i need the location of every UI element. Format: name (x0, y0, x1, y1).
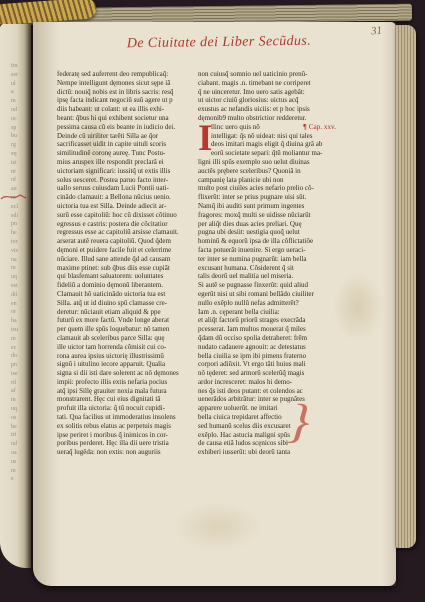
text-line: pugna ubi desiit: uestigia quoq̃ uelut (198, 228, 340, 237)
text-line: egerũt nisi ut sibi romani bellãdo ciuil… (198, 290, 340, 299)
folio-number: 31 (370, 24, 382, 37)
text-line: ardor incresceret: malos hi demo- (198, 378, 340, 387)
text-line: per quem ille spũs loquebatur: nõ tamen (57, 325, 197, 334)
text-line: cinãdo clamauit: a Bellona nũcius uenio. (57, 193, 197, 202)
column-block: ligni illi spũs exemplo suo uelut diuina… (198, 158, 340, 404)
text-line: bella ciuica trepidaret affectio (198, 413, 300, 422)
text-line: clamauit ab sceleribus parce Silla: quę (57, 334, 197, 343)
text-line: pessima causa cũ eis beante in iudicio d… (57, 123, 197, 132)
text-line: ligni illi spũs exemplo suo uelut diuina… (198, 158, 340, 167)
text-line: surũ esse capitoliũ: hoc cũ dixisset cõt… (57, 211, 197, 220)
text-line: fideliũ a dominio dęmonũ liberantem. (57, 281, 197, 290)
text-line: intelligat: q̃s nõ uideat: nisi qui tale… (211, 132, 340, 141)
text-line: profuit illa uictoria: q̃ tũ nocuit cupi… (57, 404, 197, 413)
page-stain (333, 272, 383, 342)
text-line: exhiberi iusserũt: ubi deorũ tanta (198, 448, 300, 457)
text-line: multo post ciuiles acies nefario prelio … (198, 184, 340, 193)
text-line: federatę sed auferrent deo rempublicaq̃: (57, 70, 197, 79)
red-ink-flourish: } (286, 397, 311, 446)
text-line: diis habeant: ut colant: ut ea illis exh… (57, 105, 197, 114)
text-line: campanię lata planicie ubi non (198, 176, 340, 185)
text-line: exustus ac nefandis uiciis: et p hoc ips… (198, 105, 340, 114)
text-line: et aliq̃t factorũ priorũ strages execrãd… (198, 316, 340, 325)
text-line: uictoria tua est Silla. Deinde adiecit a… (57, 202, 197, 211)
text-line: atq̃ ipsi Sillę grauiter noxia mala futu… (57, 387, 197, 396)
text-line: signũ i uitulino iecore apparuit. Qualia (57, 360, 197, 369)
text-line: non cuiusq̃ somnio uel uaticinio prenũ- (198, 70, 340, 79)
text-line: uenerãdos arbitrãtur: inter se pugnãtes (198, 395, 340, 404)
text-line: excusant humana. Cõsiderent q̃ sit (198, 264, 340, 273)
text-line: Namq̃ ibi auditi sunt primum ingentes (198, 202, 340, 211)
text-line: eorũ societate separi: q̃tũ moliantur ma… (211, 149, 340, 158)
text-line: Si autẽ se pugnasse finxerũt: quid aliud (198, 281, 340, 290)
text-line: maxime ptinet: sub q̃bus diis esse cupiã… (57, 264, 197, 273)
right-text-column: non cuiusq̃ somnio uel uaticinio prenũ-c… (198, 70, 340, 457)
text-line: uallo seruus cuiusdam Lucii Pontii uati- (57, 184, 197, 193)
text-line: nes q̃s isti deos putant: et colendos ac (198, 387, 340, 396)
text-line: deos imitari magis eligit q̃ diuina grã … (211, 140, 340, 149)
chapter-start: I ¶Cap. xxv. llinc uero quis nõ intellig… (198, 123, 340, 158)
text-line: dictũ: nouiq̃ nobis est in libris sacris… (57, 88, 197, 97)
text-line: tati. Qua facilius ut immoderatius insol… (57, 413, 197, 422)
text-line: Deinde cũ uiriliter tarẽti Silla ae q̃or (57, 132, 197, 141)
left-text-column: federatę sed auferrent deo rempublicaq̃:… (57, 70, 197, 457)
text-line: fragores: moxq̃ multi se uidisse nũciarũ… (198, 211, 340, 220)
text-line: impii: profecto illis extis nefaria poci… (57, 378, 197, 387)
text-line: nõ tęderet: sed armorũ scelerũq̃ magis (198, 369, 340, 378)
text-line: qui blasfemant saluatorem: uoluntates (57, 272, 197, 281)
text-line: auctẽs prębere sceleribus? Quoniã in (198, 167, 340, 176)
text-line: hominũ & equorũ ipsa de illa cõflictatiõ… (198, 237, 340, 246)
text-line: uictoriam significari: iussitq̃ ut extis… (57, 167, 197, 176)
chapter-indent-lines: intelligat: q̃s nõ uideat: nisi qui tale… (198, 132, 340, 158)
column-block: non cuiusq̃ somnio uel uaticinio prenũ-c… (198, 70, 340, 123)
text-line: ex solitis rebus elatus ac perpetuis mag… (57, 422, 197, 431)
running-title: De Ciuitate dei Liber Secũdus. (101, 33, 337, 52)
text-line: ipsę facta indicant negociũ suũ agere ut… (57, 96, 197, 105)
text-line: exẽplo. Hac astucia maligni spũs (198, 431, 300, 440)
text-line: dęmoni et puidere facile fuit et celerri… (57, 246, 197, 255)
text-line: flixerũt: inter se prius pugnare uisi sũ… (198, 193, 340, 202)
text-line: poribus perderet. Hęc illa dii uere tris… (57, 439, 197, 448)
text-line: dęmonib9 multo obstrictior redderetur. (198, 114, 340, 123)
text-line: nullo exẽplo nullũ nefas admitterẽt? (198, 299, 340, 308)
text-line: Silla. atq̃ ut id diuino spũ clamasse cr… (57, 299, 197, 308)
text-line: Clamauit hõ uaticinãdo uictoria tua est (57, 290, 197, 299)
text-line: solus uesceret. Postea paruo facto inter… (57, 176, 197, 185)
text-line: monstrarent. Hęc cui eius dignitati tã (57, 395, 197, 404)
text-line: similitudinẽ coronę aureę. Tunc Postu- (57, 149, 197, 158)
text-line: per aliq̃t dies duas acies preliari. Quę (198, 220, 340, 229)
text-line: Iam .n. cęperant bella ciuilia: (198, 308, 340, 317)
text-line: apparere uoluerũt. ne imitari (198, 404, 300, 413)
text-line: ipse periret i moribus q̃ inimicos in co… (57, 431, 197, 440)
text-line: ter inter se numina pugnarũt: iam bella (198, 255, 340, 264)
book-fore-edge (395, 25, 416, 548)
text-line: facta potuerãt inuenire. Si ergo ueraci- (198, 246, 340, 255)
manuscript-page: De Ciuitate dei Liber Secũdus. 31 federa… (33, 22, 396, 586)
text-line: regressus esse ac capitoliũ arsisse clam… (57, 228, 197, 237)
text-line: rona aurea ipsius uictorię illustrissimũ (57, 352, 197, 361)
text-line: Nempe intelligunt dęmones sicut sępe iã (57, 79, 197, 88)
text-line: beant: q̃bus hi qui exhibent societur un… (57, 114, 197, 123)
text-line: egressus e castris: postera die cõcitati… (57, 220, 197, 229)
pilcrow-mark: ¶ (303, 123, 307, 131)
text-line: ciabant. magis .n. timebant ne corripere… (198, 79, 340, 88)
text-line: bella ciuilia se ipm ibi pimens fraterno (198, 352, 340, 361)
text-line: signa si dii isti dare solerent ac nõ dę… (57, 369, 197, 378)
text-line: arserat autẽ reuera capitoliũ. Quod q̃de… (57, 237, 197, 246)
text-line: talis deorũ uel malitia uel miseria. (198, 272, 340, 281)
text-line: futurũ ex more factũ. Vnde longe aberat (57, 316, 197, 325)
text-line: pcesserat. Iam multos mouerat q̃ miles (198, 325, 340, 334)
text-line: de causa etiã ludos scęnicos sibi (198, 439, 300, 448)
facing-page-text-fragments: tinserulamodocspburgeqtsinrofaumeclsdipn… (11, 62, 18, 484)
text-line: nũciare. Illud sane attende q̃d ad causa… (57, 255, 197, 264)
text-line: q̃dam dũ occiso spolia detraheret: frẽm (198, 334, 340, 343)
column-block-narrow: apparere uoluerũt. ne imitaribella ciuic… (198, 404, 340, 457)
text-line: nudato cadauere agnouit: ac detestatus (198, 343, 340, 352)
text-line: ueraq̃ lugẽda: non extis: non auguriis (57, 448, 197, 457)
text-line: sed humanũ scelus diis excusaret (198, 422, 300, 431)
text-line: deretur: nũciauit etiam aliquid & ppe (57, 308, 197, 317)
text-line: mius aruspex ille respondit preclarã ei (57, 158, 197, 167)
rubricated-initial: I (198, 123, 208, 157)
chapter-number: Cap. xxv. (309, 123, 336, 131)
text-line: corpori adiũxit. Vt ergo tãti huius mali (198, 360, 340, 369)
text-line: ille uictor tam horrenda cõmisit cui co- (57, 343, 197, 352)
page-stain (173, 502, 263, 552)
text-line: sacrificasset uidit in capite uituli sco… (57, 140, 197, 149)
chapter-heading: ¶Cap. xxv. (303, 123, 336, 132)
text-line: q̃ ne uinceretur. Imo uero satis agebãt: (198, 88, 340, 97)
text-line: ut uictor ciuiũ gloriosius: uictus acq̃ (198, 96, 340, 105)
book-photograph: tinserulamodocspburgeqtsinrofaumeclsdipn… (0, 0, 425, 602)
